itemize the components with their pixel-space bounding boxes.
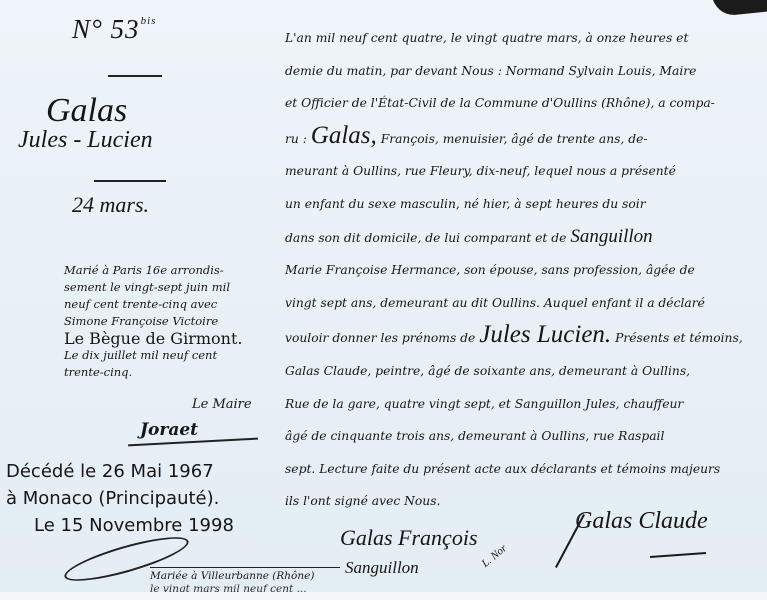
- note-line: Mariée à Villeurbanne (Rhône): [150, 570, 314, 582]
- acte-number: N° 53bis: [72, 14, 156, 45]
- body-line: vouloir donner les prénoms de: [285, 331, 475, 345]
- page-edge: [0, 592, 767, 600]
- body-line: Galas Claude, peintre, âgé de soixante a…: [285, 355, 763, 388]
- body-line: L'an mil neuf cent quatre, le vingt quat…: [285, 22, 763, 55]
- body-line: et Officier de l'État-Civil de la Commun…: [285, 87, 763, 120]
- mayor-signature: Joraet: [140, 420, 198, 440]
- body-line: âgé de cinquante trois ans, demeurant à …: [285, 420, 763, 453]
- divider: [108, 75, 162, 77]
- note-line: Le dix juillet mil neuf cent: [64, 347, 289, 364]
- body-line: vingt sept ans, demeurant au dit Oullins…: [285, 287, 763, 320]
- acte-body: L'an mil neuf cent quatre, le vingt quat…: [285, 22, 763, 518]
- death-line: à Monaco (Principauté).: [6, 485, 234, 512]
- death-margin-note: Décédé le 26 Mai 1967 à Monaco (Principa…: [6, 458, 234, 539]
- body-line: Rue de la gare, quatre vingt sept, et Sa…: [285, 388, 763, 421]
- father-signature: Galas François: [340, 525, 478, 551]
- body-line: sept. Lecture faite du présent acte aux …: [285, 453, 763, 486]
- scanned-page: N° 53bis Galas Jules - Lucien 24 mars. M…: [0, 0, 767, 600]
- marriage-margin-note: Marié à Paris 16e arrondis- sement le vi…: [64, 262, 289, 381]
- mayor-title: Le Maire: [192, 397, 252, 412]
- body-line: ru :: [285, 132, 307, 146]
- signature-stroke: [650, 552, 706, 558]
- note-line: sement le vingt-sept juin mil: [64, 279, 289, 296]
- note-line: Simone Françoise Victoire: [64, 313, 289, 330]
- mayor-mark: L. Nor: [480, 542, 510, 570]
- body-line: Marie Françoise Hermance, son épouse, sa…: [285, 254, 763, 287]
- note-line-spouse: Le Bègue de Girmont.: [64, 330, 289, 347]
- acte-suffix: bis: [141, 15, 157, 27]
- note-line: trente-cinq.: [64, 364, 289, 381]
- mother-surname: Sanguillon: [570, 226, 652, 247]
- acte-number-text: N° 53: [72, 14, 140, 44]
- given-names: Jules - Lucien: [18, 127, 153, 154]
- ink-blot: [712, 0, 767, 17]
- body-line: François, menuisier, âgé de trente ans, …: [381, 132, 648, 146]
- witness-signature: Galas Claude: [575, 508, 708, 535]
- child-given-names: Jules Lucien.: [479, 321, 611, 348]
- second-marriage-note: Mariée à Villeurbanne (Rhône) le vingt m…: [150, 567, 340, 595]
- sanguillon-signature: Sanguillon: [345, 558, 419, 578]
- body-line: un enfant du sexe masculin, né hier, à s…: [285, 188, 763, 221]
- body-line: dans son dit domicile, de lui comparant …: [285, 231, 566, 245]
- body-line: Présents et témoins,: [615, 331, 743, 345]
- death-line: Décédé le 26 Mai 1967: [6, 458, 234, 485]
- father-surname: Galas,: [311, 122, 377, 149]
- surname: Galas: [46, 92, 127, 130]
- note-line: neuf cent trente-cinq avec: [64, 296, 289, 313]
- divider: [94, 180, 166, 182]
- note-line: Marié à Paris 16e arrondis-: [64, 262, 289, 279]
- death-line: Le 15 Novembre 1998: [6, 512, 234, 539]
- body-line: demie du matin, par devant Nous : Norman…: [285, 55, 763, 88]
- body-line: meurant à Oullins, rue Fleury, dix-neuf,…: [285, 155, 763, 188]
- registration-date: 24 mars.: [72, 192, 149, 218]
